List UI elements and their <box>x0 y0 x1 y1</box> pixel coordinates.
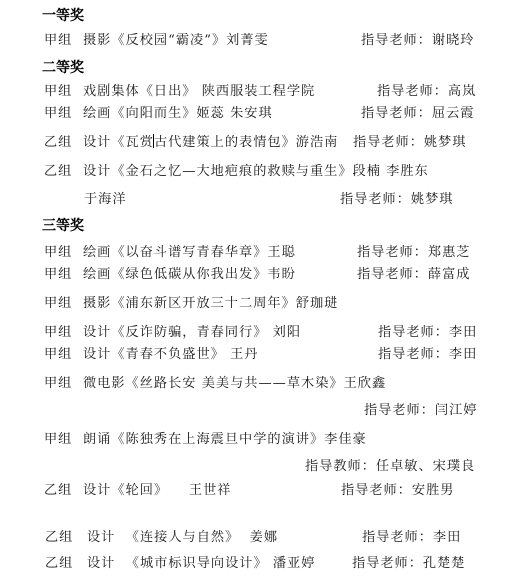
group-label: 乙组 <box>45 554 73 574</box>
group-label: 乙组 <box>44 162 72 182</box>
work-title-part-a: 设计《瓦赏 <box>83 135 154 150</box>
award-entry-continuation: 指导老师：闫江婷 <box>0 401 514 421</box>
work-title: 设计《反诈防骗，青春同行》 刘阳 <box>83 323 301 343</box>
teacher-name: 指导老师：郑惠芝 <box>357 243 471 263</box>
award-entry: 甲组 设计《反诈防骗，青春同行》 刘阳 指导老师：李田 <box>0 323 514 343</box>
award-entry: 乙组 设计《金石之忆—大地疤痕的救赎与重生》段楠 李胜东 <box>0 162 514 182</box>
work-title[interactable]: 设计《瓦赏古代建策上的表情包》游浩南 <box>83 133 338 153</box>
group-label: 甲组 <box>44 374 72 394</box>
work-title: 朗诵《陈独秀在上海震旦中学的演讲》李佳豪 <box>83 430 367 450</box>
teacher-name: 指导老师：薛富成 <box>357 265 471 285</box>
award-entry: 乙组 设计 《城市标识导向设计》 潘亚婷 指导老师：孔楚楚 <box>0 554 514 574</box>
award-entry: 甲组 绘画《以奋斗谱写青春华章》王聪 指导老师：郑惠芝 <box>0 243 514 263</box>
group-label: 乙组 <box>45 528 73 548</box>
award-entry: 甲组 戏剧集体《日出》 陕西服装工程学院 指导老师：高岚 <box>0 82 514 102</box>
work-title: 设计 《连接人与自然》 姜娜 <box>87 528 278 548</box>
group-label: 甲组 <box>44 243 72 263</box>
teacher-name: 指导老师：闫江婷 <box>364 401 478 421</box>
award-entry: 乙组 设计《轮回》 王世祥 指导老师：安胜男 <box>0 481 514 501</box>
award-entry: 甲组 设计《青春不负盛世》 王丹 指导老师：李田 <box>0 345 514 365</box>
section-title-second-prize: 二等奖 <box>42 58 84 78</box>
award-entry: 甲组 绘画《向阳而生》姬蕊 朱安琪 指导老师：屈云霞 <box>0 104 514 124</box>
group-label: 甲组 <box>44 430 72 450</box>
award-entry: 乙组 设计《瓦赏古代建策上的表情包》游浩南 指导老师：姚梦琪 <box>0 133 514 153</box>
teacher-name: 指导老师：安胜男 <box>341 481 455 501</box>
award-entry: 甲组 摄影《反校园“霸凌”》刘菁雯 指导老师：谢晓玲 <box>0 31 514 51</box>
group-label: 甲组 <box>44 345 72 365</box>
award-entry-continuation: 于海洋 指导老师：姚梦琪 <box>0 190 514 210</box>
group-label: 甲组 <box>44 294 72 314</box>
section-title-third-prize: 三等奖 <box>42 216 84 236</box>
section-title-first-prize: 一等奖 <box>42 6 84 26</box>
work-title: 绘画《以奋斗谱写青春华章》王聪 <box>83 243 296 263</box>
work-title: 戏剧集体《日出》 陕西服装工程学院 <box>83 82 315 102</box>
work-title: 摄影《反校园“霸凌”》刘菁雯 <box>83 31 269 51</box>
group-label: 甲组 <box>44 265 72 285</box>
teacher-name: 指导老师：孔楚楚 <box>352 554 466 574</box>
group-label: 甲组 <box>44 104 72 124</box>
teacher-name: 指导老师：李田 <box>378 345 477 365</box>
group-label: 甲组 <box>44 323 72 343</box>
student-name: 于海洋 <box>84 190 127 210</box>
teacher-name: 指导老师：姚梦琪 <box>353 133 467 153</box>
award-entry: 甲组 朗诵《陈独秀在上海震旦中学的演讲》李佳豪 <box>0 430 514 450</box>
work-title: 微电影《丝路长安 美美与共——草木染》王欣鑫 <box>83 374 386 394</box>
award-entry: 甲组 微电影《丝路长安 美美与共——草木染》王欣鑫 <box>0 374 514 394</box>
work-title: 绘画《向阳而生》姬蕊 朱安琪 <box>83 104 273 124</box>
award-entry: 甲组 绘画《绿色低碳从你我出发》韦盼 指导老师：薛富成 <box>0 265 514 285</box>
teacher-name: 指导老师：高岚 <box>377 82 476 102</box>
award-entry-continuation: 指导教师：任卓敏、宋璞良 <box>0 457 514 477</box>
award-entry: 乙组 设计 《连接人与自然》 姜娜 指导老师：李田 <box>0 528 514 548</box>
work-title: 绘画《绿色低碳从你我出发》韦盼 <box>83 265 296 285</box>
teacher-name: 指导老师：谢晓玲 <box>361 31 475 51</box>
group-label: 乙组 <box>44 481 72 501</box>
teacher-name: 指导教师：任卓敏、宋璞良 <box>305 457 475 477</box>
work-title-part-b: 古代建策上的表情包》游浩南 <box>154 135 338 150</box>
teacher-name: 指导老师：李田 <box>362 528 461 548</box>
group-label: 乙组 <box>44 133 72 153</box>
teacher-name: 指导老师：姚梦琪 <box>340 190 454 210</box>
work-title: 设计《轮回》 王世祥 <box>83 481 231 501</box>
teacher-name: 指导老师：李田 <box>378 323 477 343</box>
group-label: 甲组 <box>44 31 72 51</box>
work-title: 设计 《城市标识导向设计》 潘亚婷 <box>87 554 315 574</box>
award-entry: 甲组 摄影《浦东新区开放三十二周年》舒珈琎 <box>0 294 514 314</box>
work-title: 设计《青春不负盛世》 王丹 <box>83 345 258 365</box>
group-label: 甲组 <box>44 82 72 102</box>
teacher-name: 指导老师：屈云霞 <box>361 104 475 124</box>
work-title: 摄影《浦东新区开放三十二周年》舒珈琎 <box>83 294 338 314</box>
work-title: 设计《金石之忆—大地疤痕的救赎与重生》段楠 李胜东 <box>83 162 429 182</box>
